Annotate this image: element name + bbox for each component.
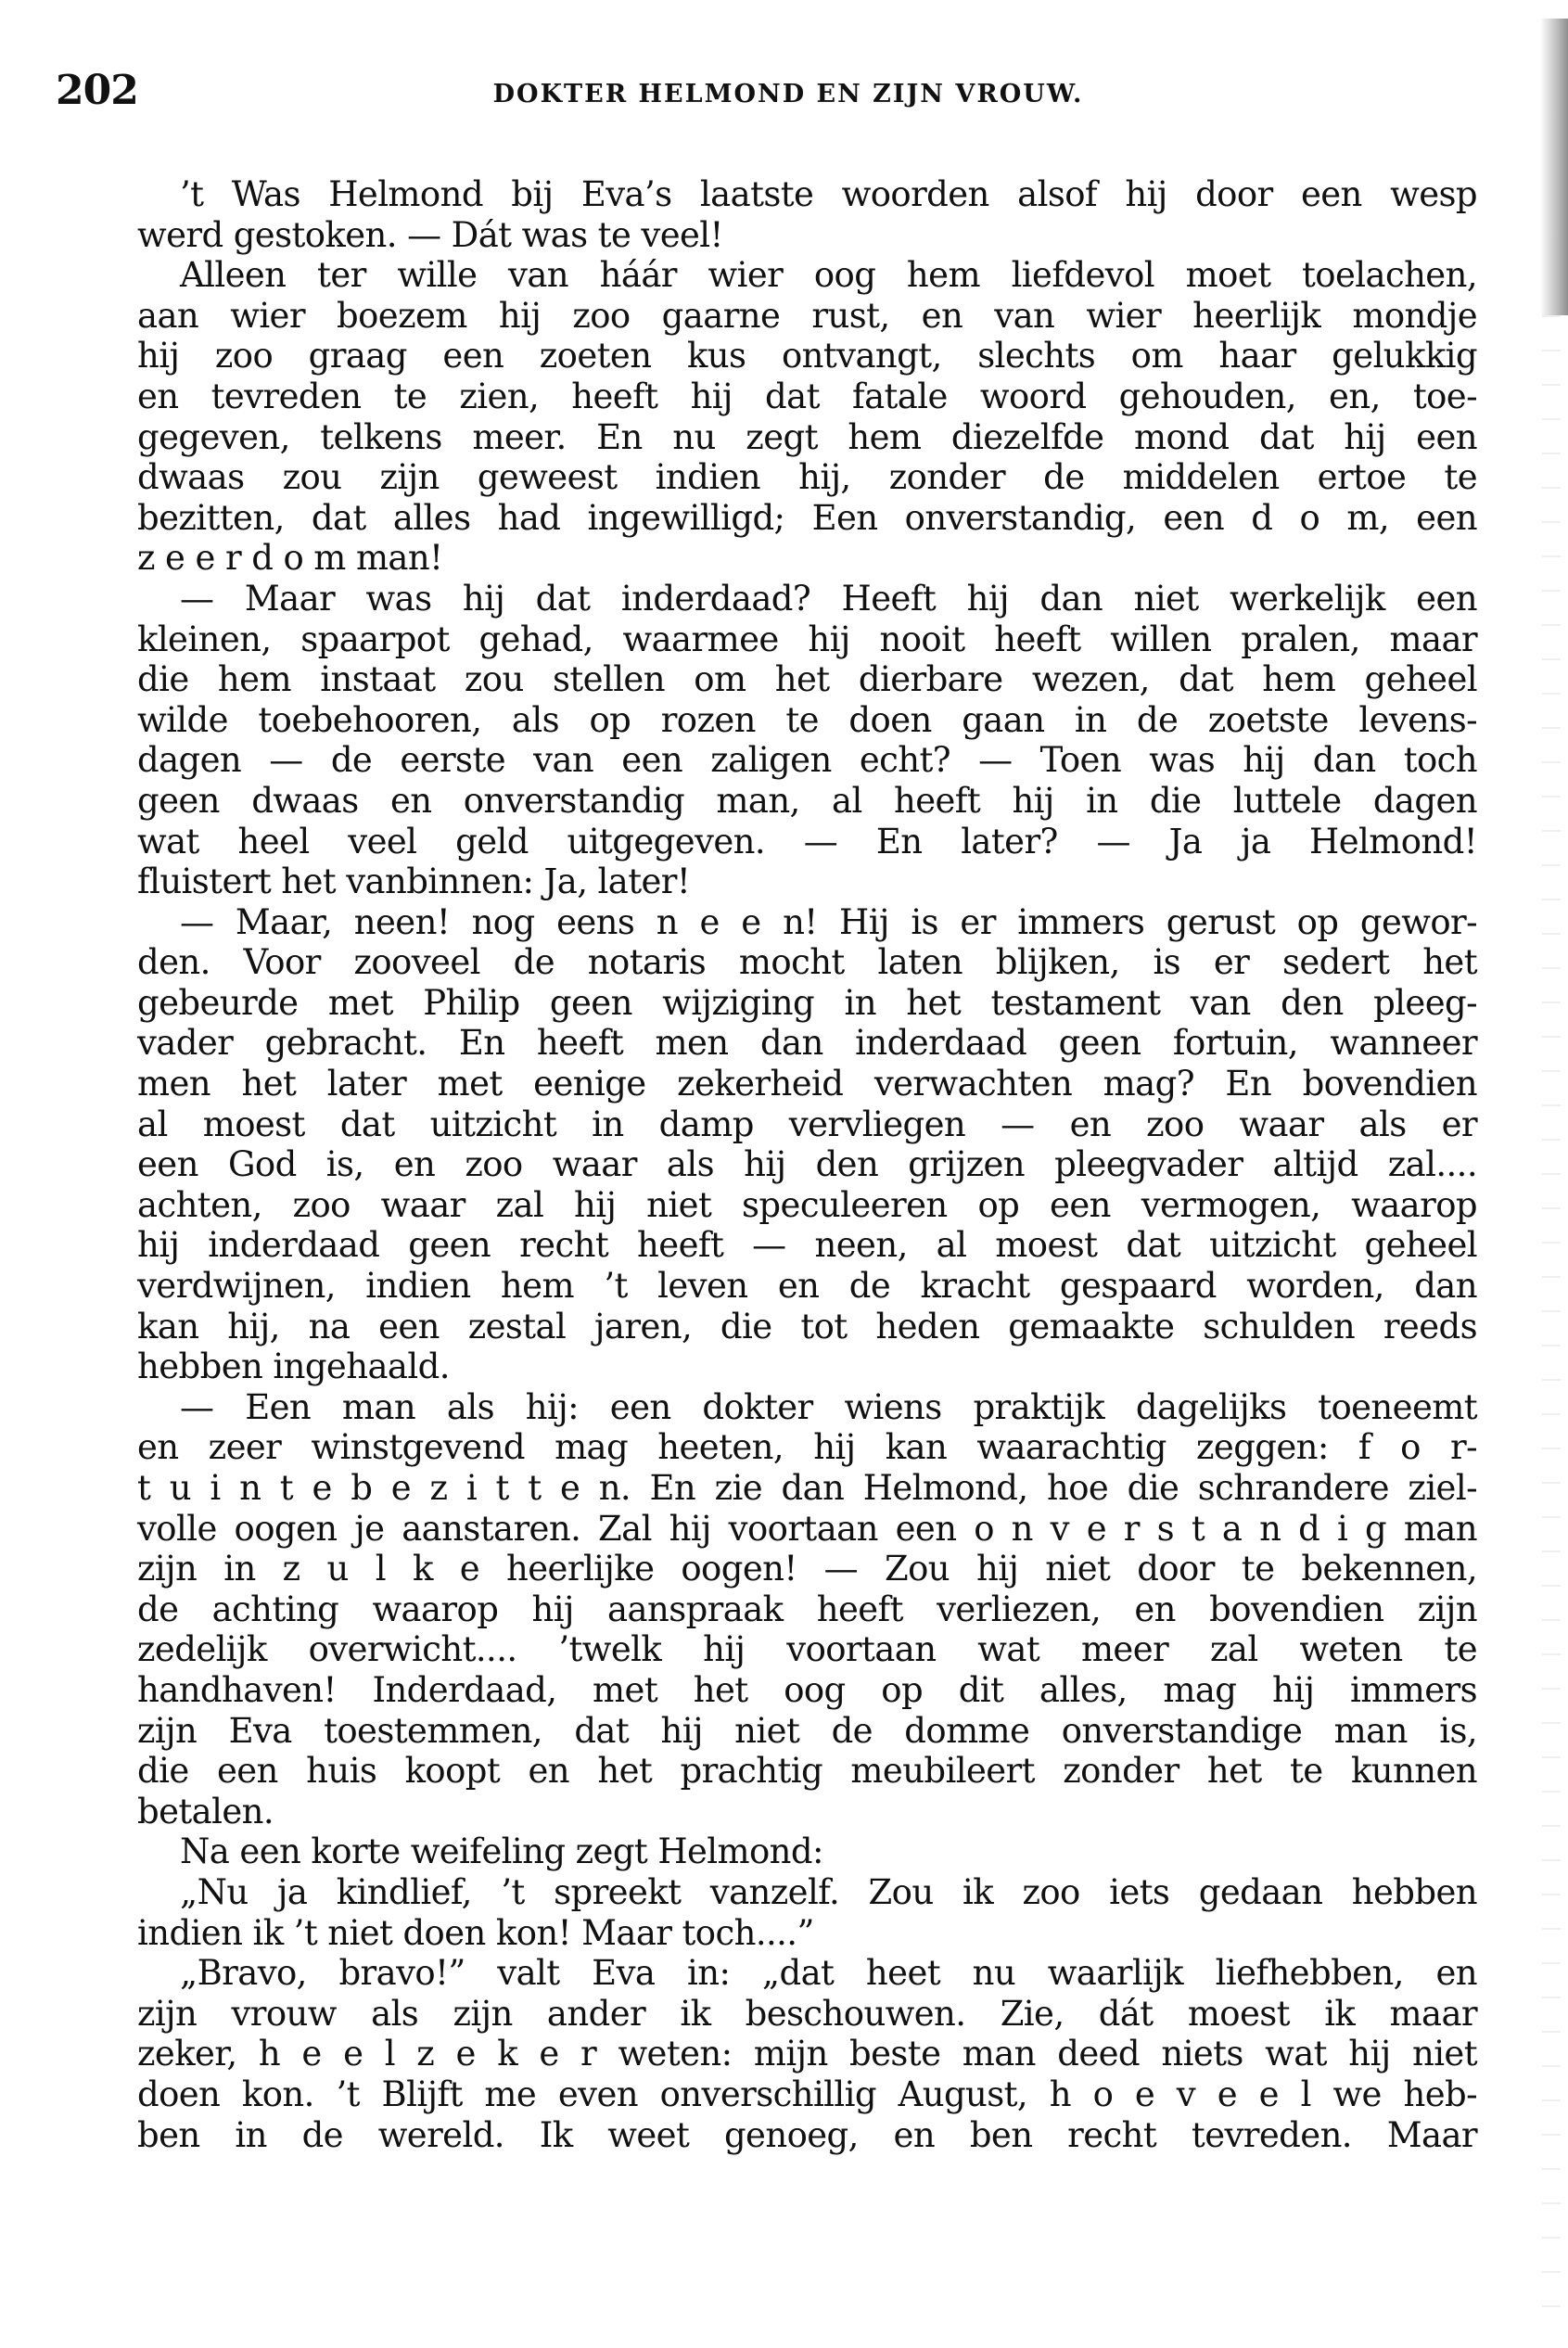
text-line: verdwijnen, indien hem ’t leven en de kr… (137, 1266, 1477, 1307)
scan-edge-shadow (1540, 19, 1568, 315)
text-line: „Bravo, bravo!” valt Eva in: „dat heet n… (137, 1953, 1477, 1994)
text-line: wat heel veel geld uitgegeven. — En late… (137, 822, 1477, 862)
text-line: — Maar, neen! nog eens n e e n! Hij is e… (137, 902, 1477, 943)
text-line: en zeer winstgevend mag heeten, hij kan … (137, 1427, 1477, 1468)
text-line: kan hij, na een zestal jaren, die tot he… (137, 1307, 1477, 1347)
text-line: indien ik ’t niet doen kon! Maar toch...… (137, 1913, 1477, 1954)
text-line: zijn vrouw als zijn ander ik beschouwen.… (137, 1994, 1477, 2035)
text-line: die een huis koopt en het prachtig meubi… (137, 1751, 1477, 1792)
text-line: vader gebracht. En heeft men dan inderda… (137, 1023, 1477, 1064)
text-line: ben in de wereld. Ik weet genoeg, en ben… (137, 2115, 1477, 2156)
text-line: hij inderdaad geen recht heeft — neen, a… (137, 1225, 1477, 1266)
text-line: hij zoo graag een zoeten kus ontvangt, s… (137, 336, 1477, 376)
text-line: en tevreden te zien, heeft hij dat fatal… (137, 376, 1477, 417)
text-line: „Nu ja kindlief, ’t spreekt vanzelf. Zou… (137, 1872, 1477, 1913)
scan-edge-specks (1542, 315, 1561, 2309)
text-line: wilde toebehooren, als op rozen te doen … (137, 700, 1477, 741)
text-line: Alleen ter wille van háár wier oog hem l… (137, 255, 1477, 296)
text-line: — Maar was hij dat inderdaad? Heeft hij … (137, 579, 1477, 619)
text-line: gebeurde met Philip geen wijziging in he… (137, 983, 1477, 1024)
text-line: die hem instaat zou stellen om het dierb… (137, 659, 1477, 700)
text-line: dwaas zou zijn geweest indien hij, zonde… (137, 457, 1477, 498)
text-line: kleinen, spaarpot gehad, waarmee hij noo… (137, 619, 1477, 660)
text-line: t u i n t e b e z i t t e n. En zie dan … (137, 1468, 1477, 1509)
body-text: ’t Was Helmond bij Eva’s laatste woorden… (137, 174, 1477, 2155)
text-line: achten, zoo waar zal hij niet speculeere… (137, 1185, 1477, 1226)
header-title: DOKTER HELMOND EN ZIJN VROUW. (56, 80, 1484, 108)
text-line: — Een man als hij: een dokter wiens prak… (137, 1387, 1477, 1428)
text-line: doen kon. ’t Blijft me even onverschilli… (137, 2074, 1477, 2115)
text-line: betalen. (137, 1792, 1477, 1832)
text-line: zeker, h e e l z e k e r weten: mijn bes… (137, 2034, 1477, 2074)
text-line: hebben ingehaald. (137, 1346, 1477, 1387)
text-line: ’t Was Helmond bij Eva’s laatste woorden… (137, 174, 1477, 215)
text-line: werd gestoken. — Dát was te veel! (137, 215, 1477, 256)
text-line: geen dwaas en onverstandig man, al heeft… (137, 781, 1477, 822)
text-line: de achting waarop hij aanspraak heeft ve… (137, 1589, 1477, 1630)
text-line: al moest dat uitzicht in damp vervliegen… (137, 1104, 1477, 1145)
text-line: een God is, en zoo waar als hij den grij… (137, 1144, 1477, 1185)
text-line: gegeven, telkens meer. En nu zegt hem di… (137, 417, 1477, 458)
text-line: handhaven! Inderdaad, met het oog op dit… (137, 1670, 1477, 1711)
text-line: dagen — de eerste van een zaligen echt? … (137, 740, 1477, 781)
text-line: bezitten, dat alles had ingewilligd; Een… (137, 498, 1477, 539)
text-line: zedelijk overwicht.... ’twelk hij voorta… (137, 1629, 1477, 1670)
text-line: den. Voor zooveel de notaris mocht laten… (137, 942, 1477, 983)
text-line: fluistert het vanbinnen: Ja, later! (137, 861, 1477, 902)
text-line: z e e r d o m man! (137, 538, 1477, 579)
text-line: zijn Eva toestemmen, dat hij niet de dom… (137, 1711, 1477, 1752)
text-line: aan wier boezem hij zoo gaarne rust, en … (137, 296, 1477, 337)
text-line: men het later met eenige zekerheid verwa… (137, 1064, 1477, 1104)
text-line: Na een korte weifeling zegt Helmond: (137, 1831, 1477, 1872)
running-head: 202 DOKTER HELMOND EN ZIJN VROUW. (56, 67, 1484, 122)
text-line: zijn in z u l k e heerlijke oogen! — Zou… (137, 1549, 1477, 1589)
text-line: volle oogen je aanstaren. Zal hij voorta… (137, 1509, 1477, 1550)
